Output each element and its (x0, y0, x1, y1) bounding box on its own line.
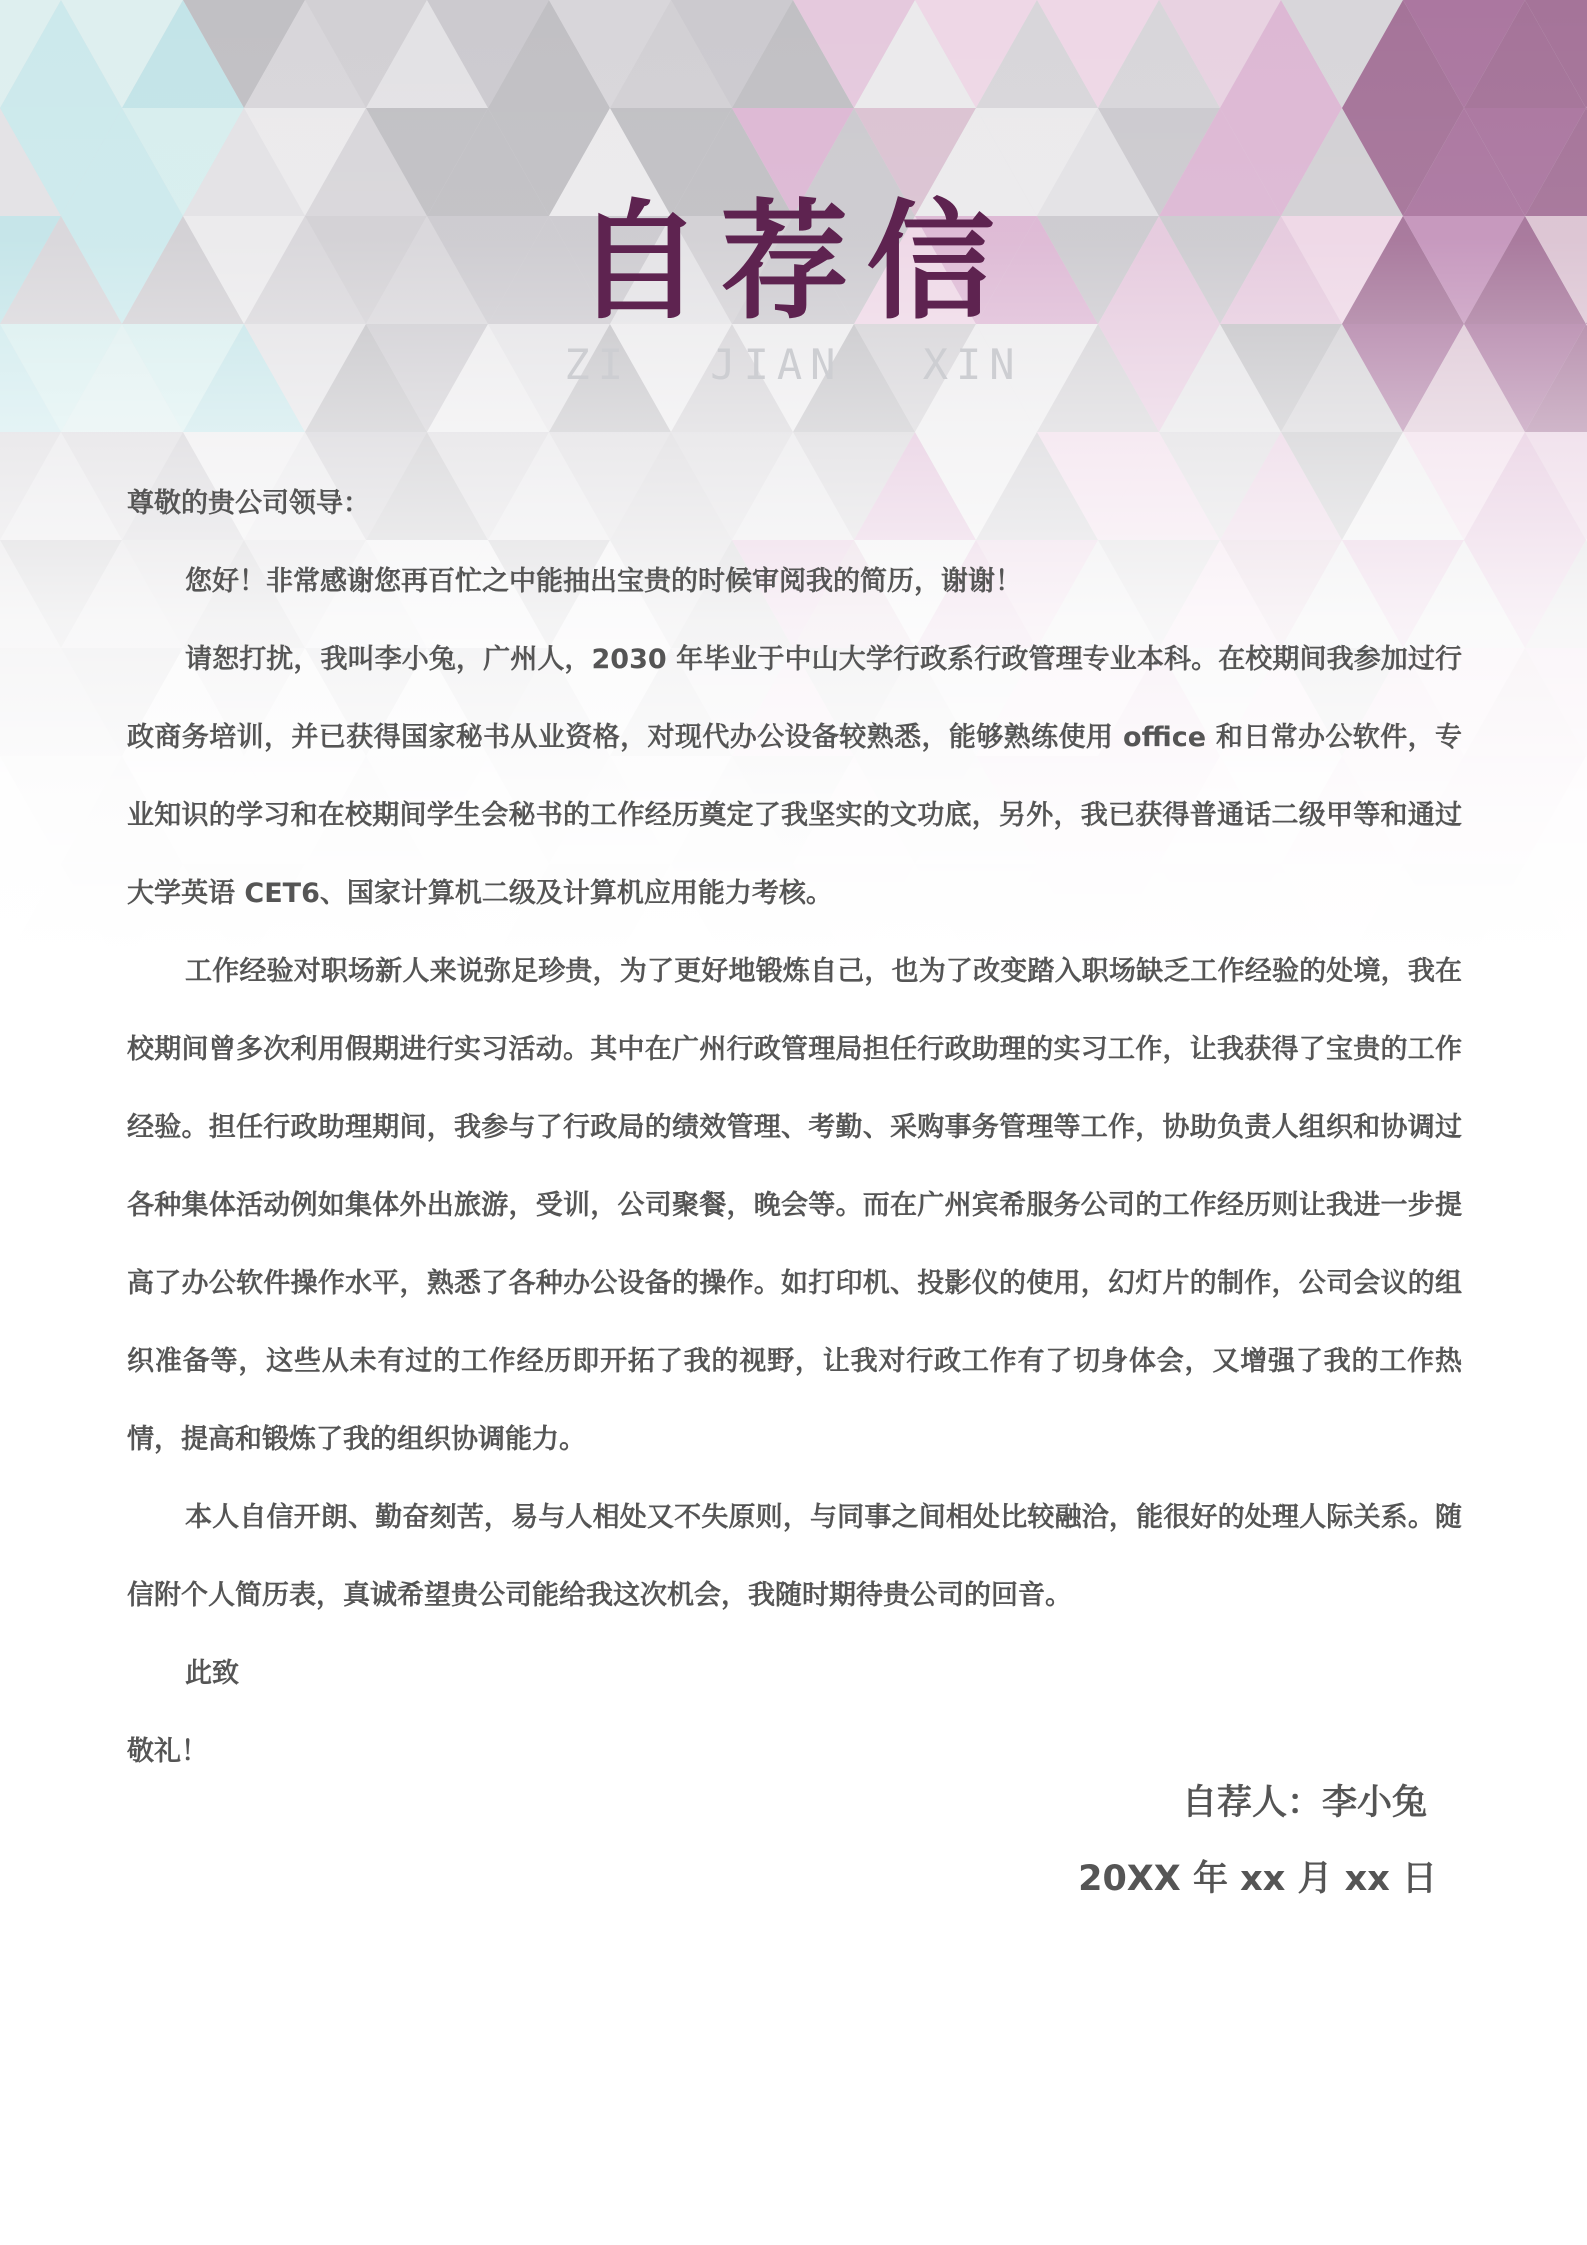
paragraph-personality: 本人自信开朗、勤奋刻苦，易与人相处又不失原则，与同事之间相处比较融洽，能很好的处… (127, 1479, 1462, 1635)
closing: 此致 (127, 1635, 1462, 1713)
paragraph-education: 请恕打扰，我叫李小兔，广州人，2030 年毕业于中山大学行政系行政管理专业本科。… (127, 621, 1462, 933)
page-subtitle-pinyin: ZI JIAN XIN (0, 340, 1587, 390)
page-title: 自荐信 (0, 188, 1587, 338)
signature-name: 自荐人：李小兔 (1078, 1765, 1437, 1841)
signature-date: 20XX 年 xx 月 xx 日 (1078, 1841, 1437, 1917)
paragraph-experience: 工作经验对职场新人来说弥足珍贵，为了更好地锻炼自己，也为了改变踏入职场缺乏工作经… (127, 933, 1462, 1479)
signature-block: 自荐人：李小兔 20XX 年 xx 月 xx 日 (1078, 1765, 1437, 1917)
salutation: 尊敬的贵公司领导： (127, 465, 1462, 543)
letter-body: 尊敬的贵公司领导： 您好！非常感谢您再百忙之中能抽出宝贵的时候审阅我的简历，谢谢… (127, 465, 1462, 1791)
paragraph-greeting: 您好！非常感谢您再百忙之中能抽出宝贵的时候审阅我的简历，谢谢！ (127, 543, 1462, 621)
